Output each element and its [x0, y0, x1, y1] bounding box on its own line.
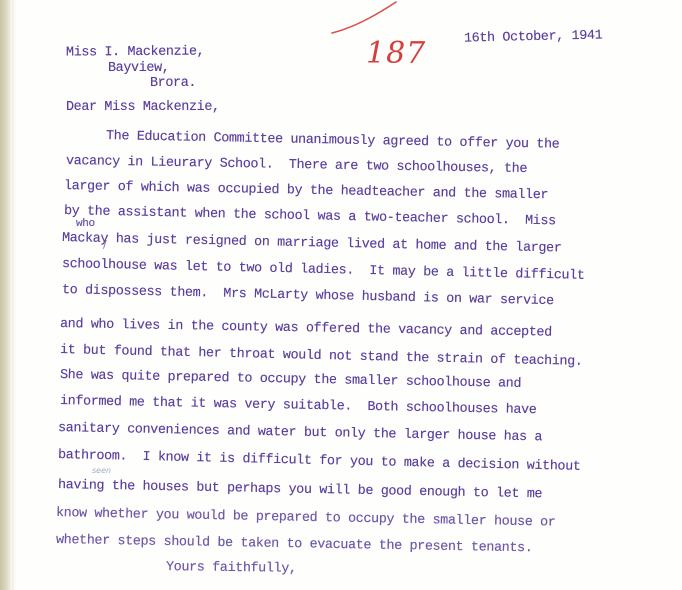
insertion-seen: seen [92, 466, 111, 475]
body-line: and who lives in the county was offered … [60, 317, 552, 341]
body-line: sanitary conveniences and water but only… [58, 421, 542, 445]
body-line: to dispossess them. Mrs McLarty whose hu… [62, 283, 554, 309]
salutation: Dear Miss Mackenzie, [66, 100, 220, 115]
insertion-who: who [76, 218, 95, 230]
body-line: informed me that it was very suitable. B… [60, 394, 537, 418]
body-line: whether steps should be taken to evacuat… [56, 533, 533, 556]
red-pencil-stroke [320, 0, 400, 40]
body-line: bathroom. I know it is difficult for you… [58, 448, 581, 475]
body-line: having the houses but perhaps you will b… [58, 478, 542, 502]
letter-page: 187 16th October, 1941 Miss I. Mackenzie… [0, 0, 682, 590]
scan-binding-shadow [12, 0, 16, 590]
body-line: know whether you would be prepared to oc… [56, 506, 556, 531]
body-line: The Education Committee unanimously agre… [106, 129, 560, 153]
recipient-address-line-2: Brora. [150, 76, 196, 91]
body-line: it but found that her throat would not s… [60, 343, 583, 370]
body-line: by the assistant when the school was a t… [64, 204, 556, 229]
body-line: schoolhouse was let to two old ladies. I… [62, 257, 585, 284]
folio-number: 187 [366, 36, 426, 71]
closing: Yours faithfully, [166, 560, 297, 577]
insertion-caret: / [103, 238, 107, 251]
recipient-address-line-1: Bayview, [108, 61, 170, 76]
letter-date: 16th October, 1941 [464, 28, 603, 46]
body-line: vacancy in Lieurary School. There are tw… [66, 154, 527, 177]
recipient-name: Miss I. Mackenzie, [66, 45, 204, 61]
body-line: Mackay has just resigned on marriage liv… [62, 231, 562, 256]
body-line: She was quite prepared to occupy the sma… [60, 368, 521, 392]
body-line: larger of which was occupied by the head… [64, 179, 548, 203]
scan-binding-edge [0, 0, 12, 590]
